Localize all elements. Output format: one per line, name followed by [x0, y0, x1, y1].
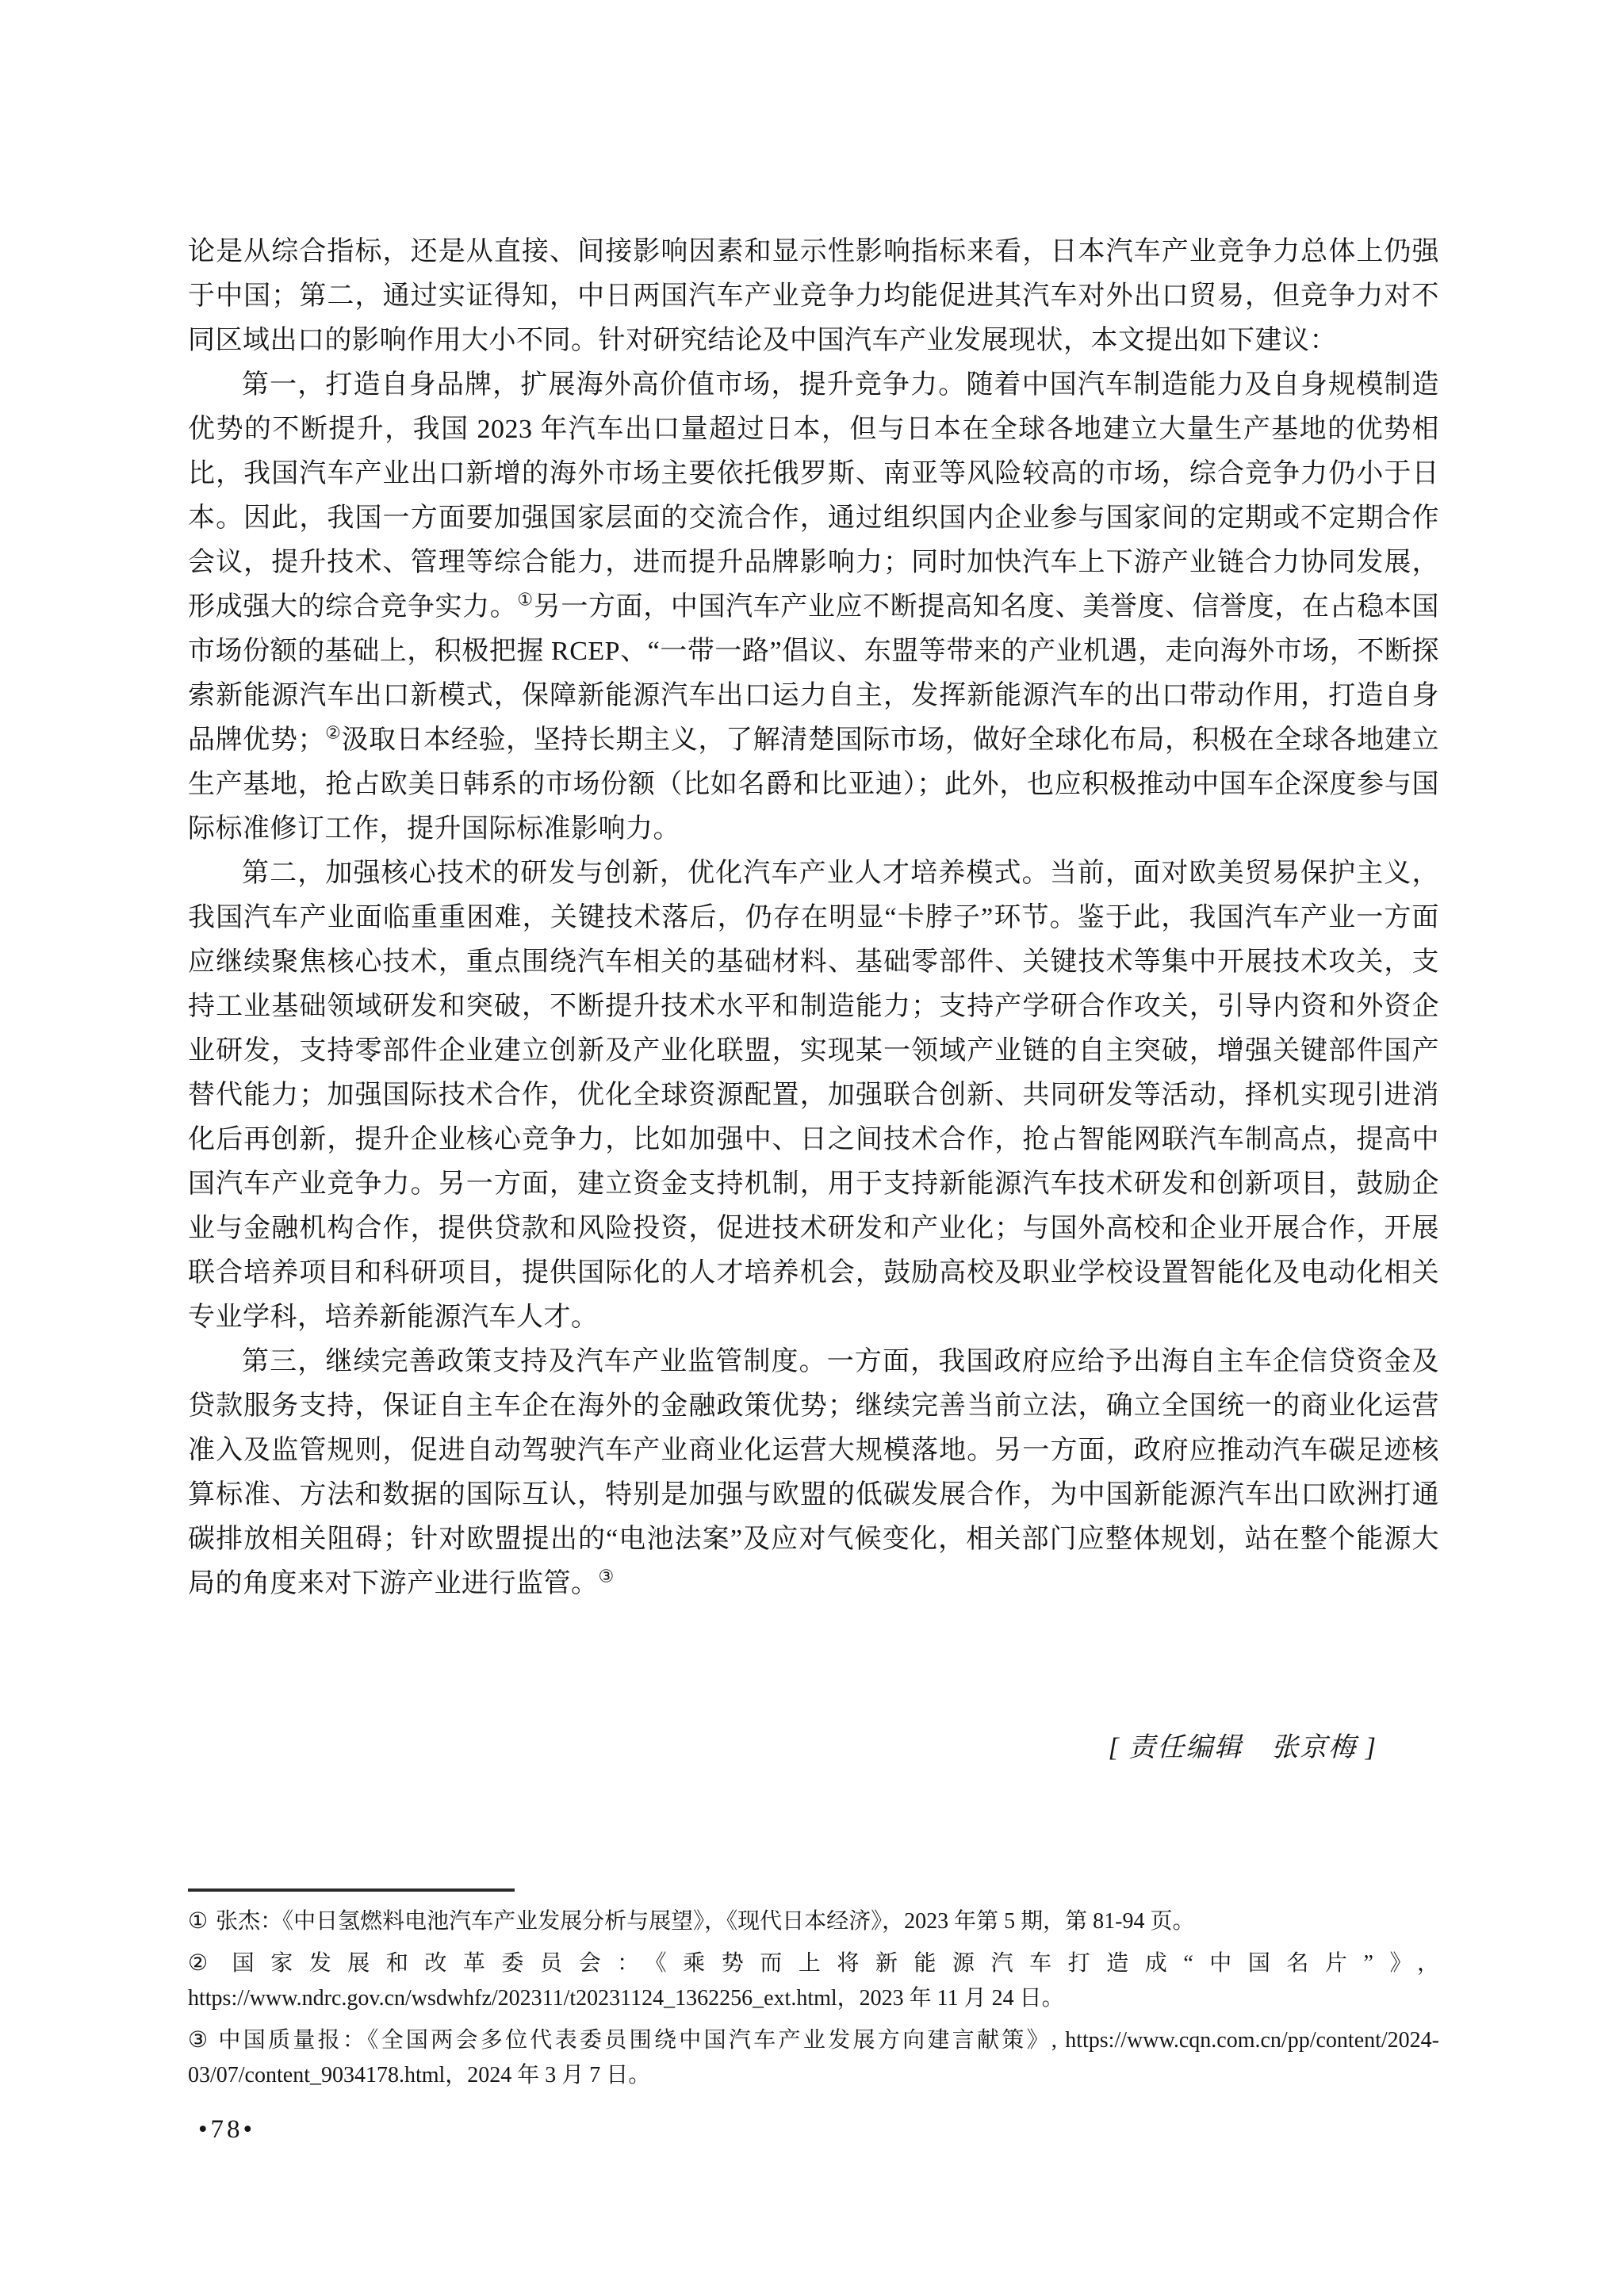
footnote-item-3: ③中国质量报：《全国两会多位代表委员围绕中国汽车产业发展方向建言献策》, htt…	[188, 2023, 1439, 2093]
document-page: 论是从综合指标，还是从直接、间接影响因素和显示性影响指标来看，日本汽车产业竞争力…	[0, 0, 1624, 2296]
footnote-ref-③: ③	[599, 1567, 615, 1586]
editor-credit: [ 责任编辑 张京梅 ]	[188, 1725, 1439, 1764]
footnote-ref-②: ②	[325, 723, 341, 743]
footnote-item-1: ①张杰：《中日氢燃料电池汽车产业发展分析与展望》，《现代日本经济》，2023 年…	[188, 1904, 1439, 1939]
footnote-divider	[188, 1888, 515, 1892]
paragraph-4: 第三，继续完善政策支持及汽车产业监管制度。一方面，我国政府应给予出海自主车企信贷…	[188, 1340, 1439, 1606]
footnotes-section: ①张杰：《中日氢燃料电池汽车产业发展分析与展望》，《现代日本经济》，2023 年…	[188, 1888, 1439, 2100]
footnotes-list: ①张杰：《中日氢燃料电池汽车产业发展分析与展望》，《现代日本经济》，2023 年…	[188, 1904, 1439, 2093]
footnote-marker-2: ②	[188, 1951, 224, 1976]
page-number: •78•	[198, 2115, 255, 2145]
footnote-ref-①: ①	[517, 590, 533, 610]
footnote-item-2: ②国家发展和改革委员会：《乘势而上将新能源汽车打造成“中国名片”》， https…	[188, 1946, 1439, 2016]
footnote-marker-3: ③	[188, 2028, 210, 2053]
paragraph-1: 论是从综合指标，还是从直接、间接影响因素和显示性影响指标来看，日本汽车产业竞争力…	[188, 230, 1439, 363]
paragraph-3: 第二，加强核心技术的研发与创新，优化汽车产业人才培养模式。当前，面对欧美贸易保护…	[188, 851, 1439, 1340]
article-body: 论是从综合指标，还是从直接、间接影响因素和显示性影响指标来看，日本汽车产业竞争力…	[188, 230, 1439, 1606]
paragraph-2: 第一，打造自身品牌，扩展海外高价值市场，提升竞争力。随着中国汽车制造能力及自身规…	[188, 363, 1439, 851]
footnote-marker-1: ①	[188, 1909, 208, 1934]
